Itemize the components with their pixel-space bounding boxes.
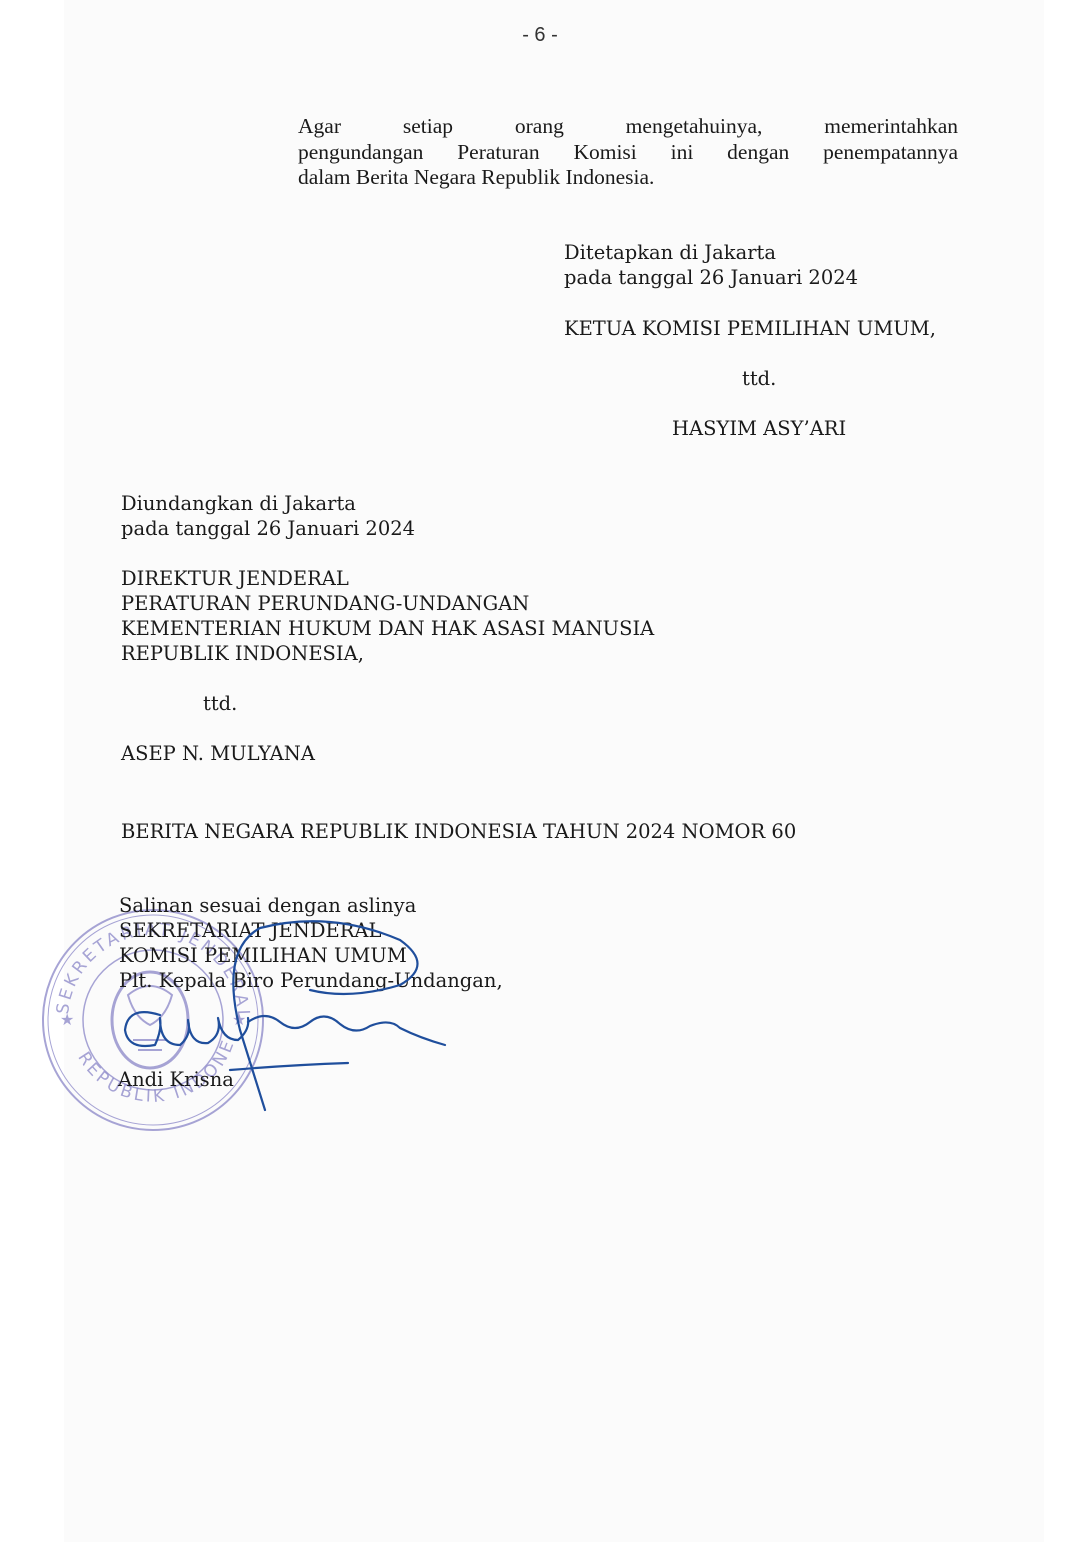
promulgation-place: Diundangkan di Jakarta (121, 491, 415, 516)
closing-paragraph: Agar setiap orang mengetahuinya, memerin… (298, 114, 958, 191)
gazette-reference: BERITA NEGARA REPUBLIK INDONESIA TAHUN 2… (121, 819, 796, 844)
enactment-title: KETUA KOMISI PEMILIHAN UMUM, (564, 316, 936, 341)
promulgation-date: pada tanggal 26 Januari 2024 (121, 516, 415, 541)
enactment-block: Ditetapkan di Jakarta pada tanggal 26 Ja… (564, 240, 858, 290)
enactment-signed: ttd. (742, 366, 776, 391)
paragraph-line: dalam Berita Negara Republik Indonesia. (298, 165, 958, 191)
paragraph-line: Agar setiap orang mengetahuinya, memerin… (298, 114, 958, 140)
promulgation-block: Diundangkan di Jakarta pada tanggal 26 J… (121, 491, 415, 541)
promulgation-signed: ttd. (203, 691, 237, 716)
page-number: - 6 - (0, 24, 1080, 47)
document-page (64, 0, 1044, 1542)
enactment-date: pada tanggal 26 Januari 2024 (564, 265, 858, 290)
enactment-name: HASYIM ASY’ARI (672, 416, 846, 441)
enactment-place: Ditetapkan di Jakarta (564, 240, 858, 265)
promulgation-title: DIREKTUR JENDERAL PERATURAN PERUNDANG-UN… (121, 566, 654, 666)
handwritten-signature-icon (100, 910, 460, 1120)
svg-text:★: ★ (60, 1010, 74, 1029)
promulgation-name: ASEP N. MULYANA (121, 741, 315, 766)
paragraph-line: pengundangan Peraturan Komisi ini dengan… (298, 140, 958, 166)
